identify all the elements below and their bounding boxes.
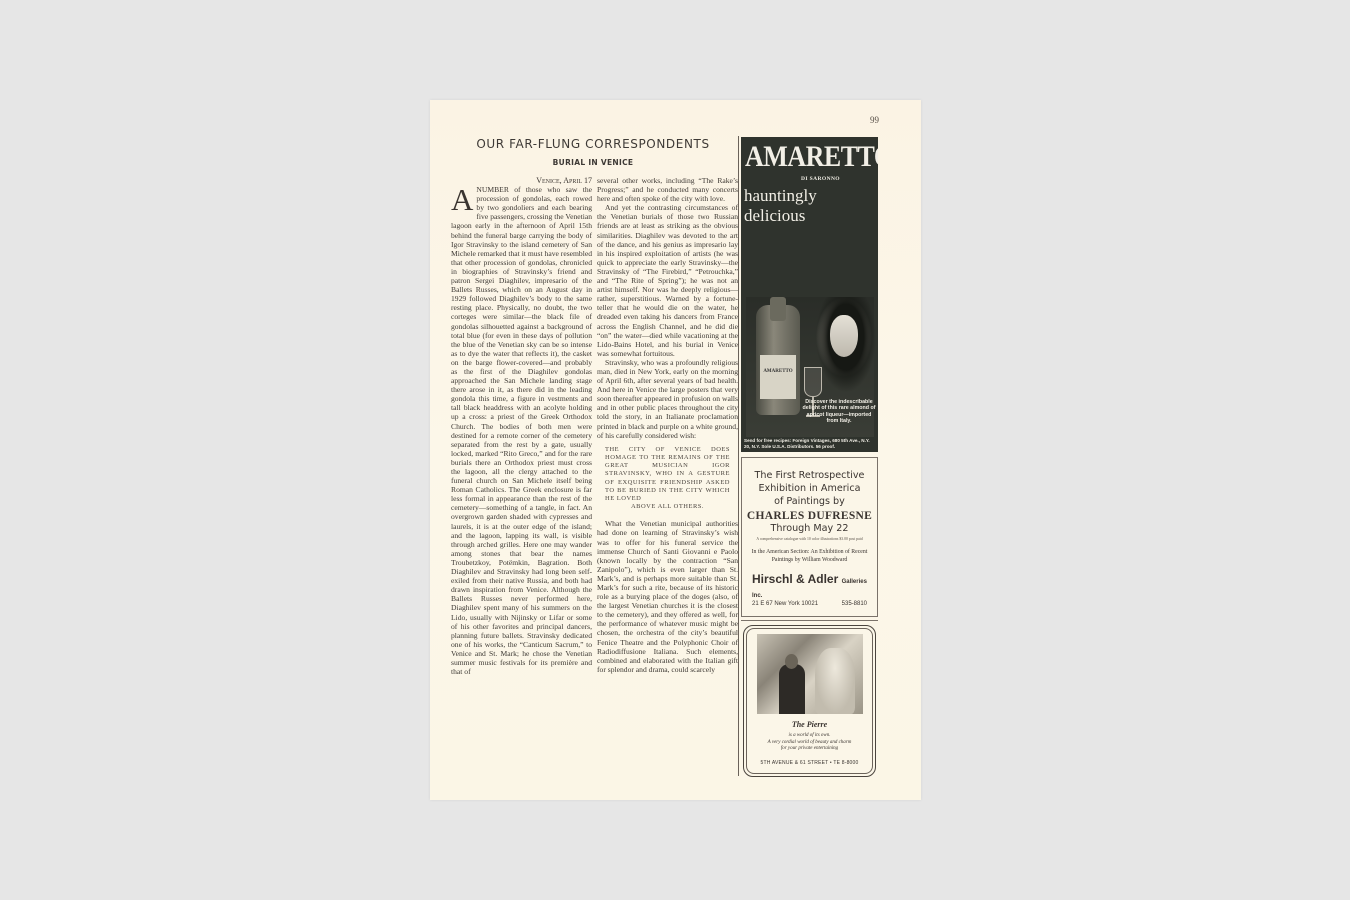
gallery-name: Hirschl & Adler Galleries Inc. (742, 572, 877, 600)
article-title: BURIAL IN VENICE (466, 158, 720, 167)
ad-line: of Paintings by (742, 495, 877, 508)
bottle-neck (770, 297, 786, 321)
article-paragraph: And yet the contrasting circumstances of… (597, 203, 738, 358)
page-number: 99 (870, 115, 879, 125)
groom-figure (779, 664, 805, 714)
ad-line: Exhibition in America (742, 482, 877, 495)
column-divider (738, 136, 739, 776)
article-paragraph: ANUMBER of those who saw the procession … (451, 185, 592, 676)
woman-face (830, 315, 858, 357)
catalogue-note: A comprehensive catalogue with 10 color … (742, 537, 877, 542)
groom-head (785, 654, 798, 669)
pierre-hotel-ad: The Pierre is a world of its own. A very… (741, 623, 878, 779)
glass-image (804, 367, 822, 397)
pierre-logo: The Pierre (741, 720, 878, 729)
dufresne-exhibition-ad: The First Retrospective Exhibition in Am… (741, 457, 878, 617)
gallery-address: 21 E 67 New York 10021 535-8810 (742, 601, 877, 607)
lead-caps: NUMBER (476, 185, 509, 194)
department-heading: OUR FAR-FLUNG CORRESPONDENTS (466, 137, 720, 151)
american-section-note: In the American Section: An Exhibition o… (742, 548, 877, 564)
amaretto-copy: Discover the indescribable delight of th… (801, 399, 877, 424)
artist-name: CHARLES DUFRESNE (742, 510, 877, 522)
amaretto-tagline: hauntingly delicious (744, 186, 878, 226)
amaretto-brand: AMARETTO: (745, 142, 878, 172)
article-paragraph: What the Venetian municipal authorities … (597, 519, 738, 674)
article-paragraph: Stravinsky, who was a profoundly religio… (597, 358, 738, 440)
exhibition-dates: Through May 22 (742, 523, 877, 534)
article-paragraph: several other works, including “The Rake… (597, 176, 738, 203)
bride-figure (815, 648, 855, 714)
wedding-photo (757, 634, 863, 714)
amaretto-footer: Send for free recipes: Foreign Vintages,… (744, 438, 875, 449)
amaretto-ad: AMARETTO: DI SARONNO hauntingly deliciou… (741, 137, 878, 452)
article-column-1: Venice, April 17 ANUMBER of those who sa… (451, 176, 592, 676)
amaretto-subbrand: DI SARONNO (801, 176, 878, 182)
article-column-2: several other works, including “The Rake… (597, 176, 738, 674)
bottle-label: AMARETTO (760, 355, 796, 399)
ad-line: The First Retrospective (742, 469, 877, 482)
pierre-copy: is a world of its own. A very cordial wo… (741, 733, 878, 753)
pierre-address: 5TH AVENUE & 61 STREET • TE 8-8000 (741, 760, 878, 766)
drop-cap: A (451, 187, 473, 213)
proclamation-quote: The city of Venice does homage to the re… (605, 446, 730, 512)
magazine-page: 99 OUR FAR-FLUNG CORRESPONDENTS BURIAL I… (430, 100, 921, 800)
ad-divider (741, 620, 878, 621)
